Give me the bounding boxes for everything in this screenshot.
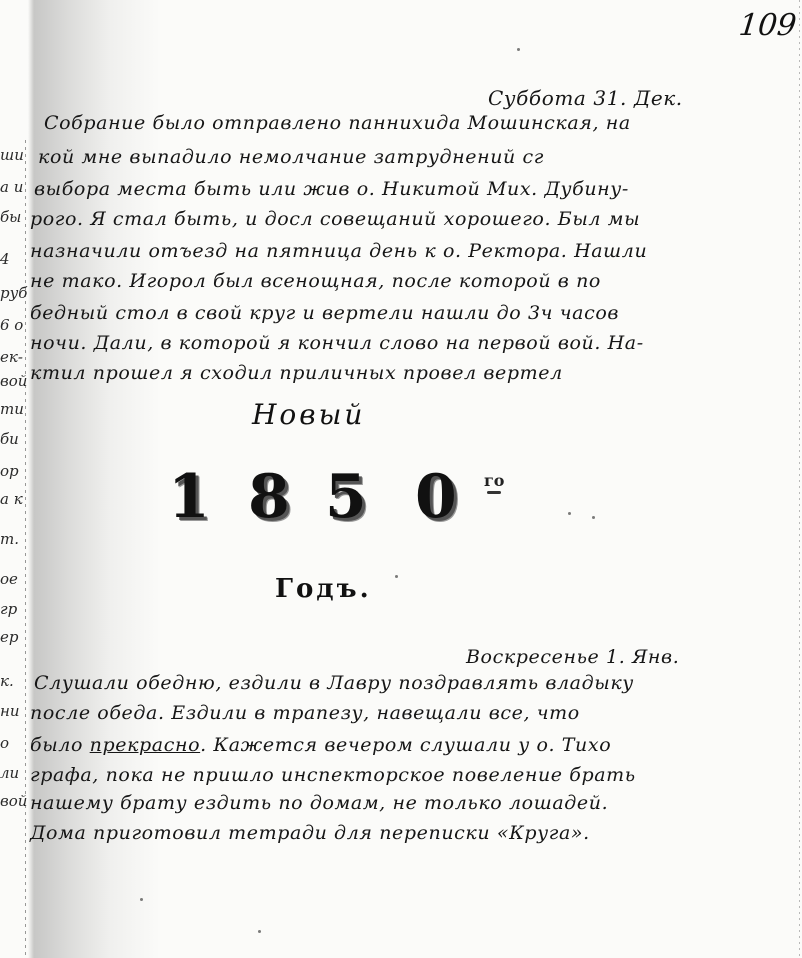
entry-line: после обеда. Ездили в трапезу, навещали … xyxy=(30,702,580,724)
margin-fragment: ер xyxy=(0,628,18,646)
margin-fragment: о xyxy=(0,734,9,752)
margin-fragment: 4 xyxy=(0,250,10,268)
entry-line: бедный стол в свой круг и вертели нашли … xyxy=(30,302,619,324)
scan-speck xyxy=(258,930,261,933)
margin-fragment: ор xyxy=(0,462,19,480)
binding-gutter-line xyxy=(25,140,26,958)
margin-fragment: а к xyxy=(0,490,23,508)
margin-fragment: ни xyxy=(0,702,20,720)
margin-fragment: вой xyxy=(0,792,27,810)
year-ordinal-suffix: го xyxy=(484,474,504,494)
margin-fragment: руб xyxy=(0,284,27,302)
margin-fragment: ли xyxy=(0,764,19,782)
margin-fragment: бы xyxy=(0,208,21,226)
scan-speck xyxy=(517,48,520,51)
year-digit: 8 xyxy=(248,462,290,532)
entry-line: Дома приготовил тетради для переписки «К… xyxy=(30,822,590,844)
entry-line: назначили отъезд на пятница день к о. Ре… xyxy=(30,240,647,262)
margin-fragment: а и xyxy=(0,178,23,196)
suffix-underline xyxy=(487,491,501,494)
entry-line: нашему брату ездить по домам, не только … xyxy=(30,792,608,814)
year-digit: 5 xyxy=(325,462,367,532)
entry-line: ктил прошел я сходил приличных провел ве… xyxy=(30,362,563,384)
scan-speck xyxy=(140,898,143,901)
entry-line: было прекрасно. Кажется вечером слушали … xyxy=(30,734,611,756)
margin-fragment: ое xyxy=(0,570,18,588)
margin-fragment: ши xyxy=(0,146,24,164)
heading-new: Новый xyxy=(252,398,365,431)
entry-line: Собрание было отправлено паннихида Мошин… xyxy=(44,112,631,134)
scan-speck xyxy=(395,575,398,578)
entry-line: графа, пока не пришло инспекторское пове… xyxy=(30,764,636,786)
margin-fragment: ек- xyxy=(0,348,23,366)
scan-speck xyxy=(568,512,571,515)
entry-line: кой мне выпадило немолчание затруднений … xyxy=(38,146,544,168)
entry-line: не тако. Игорол был всенощная, после кот… xyxy=(30,270,601,292)
entry-line: Слушали обедню, ездили в Лавру поздравля… xyxy=(34,672,634,694)
underlined-word: прекрасно xyxy=(90,734,200,756)
page-edge xyxy=(799,0,800,958)
scanned-page: 109 Суббота 31. Дек. Собрание было отпра… xyxy=(0,0,802,958)
entry-line: ночи. Дали, в которой я кончил слово на … xyxy=(30,332,644,354)
year-digit: 1 xyxy=(168,462,210,532)
margin-fragment: ти xyxy=(0,400,24,418)
scan-speck xyxy=(592,516,595,519)
margin-fragment: 6 о xyxy=(0,316,23,334)
date-heading-jan-1: Воскресенье 1. Янв. xyxy=(466,646,679,668)
entry-line: выбора места быть или жив о. Никитой Мих… xyxy=(34,178,629,200)
margin-fragment: вой xyxy=(0,372,27,390)
margin-fragment: би xyxy=(0,430,19,448)
margin-fragment: т. xyxy=(0,530,19,548)
year-suffix-text: го xyxy=(484,471,504,490)
heading-year: Годъ. xyxy=(275,574,372,604)
date-heading-dec-31: Суббота 31. Дек. xyxy=(488,86,683,110)
margin-fragment: к. xyxy=(0,672,14,690)
page-number: 109 xyxy=(737,8,798,43)
margin-fragment: гр xyxy=(0,600,17,618)
entry-line: рого. Я стал быть, и досл совещаний хоро… xyxy=(30,208,640,230)
year-digit: 0 xyxy=(415,462,457,532)
